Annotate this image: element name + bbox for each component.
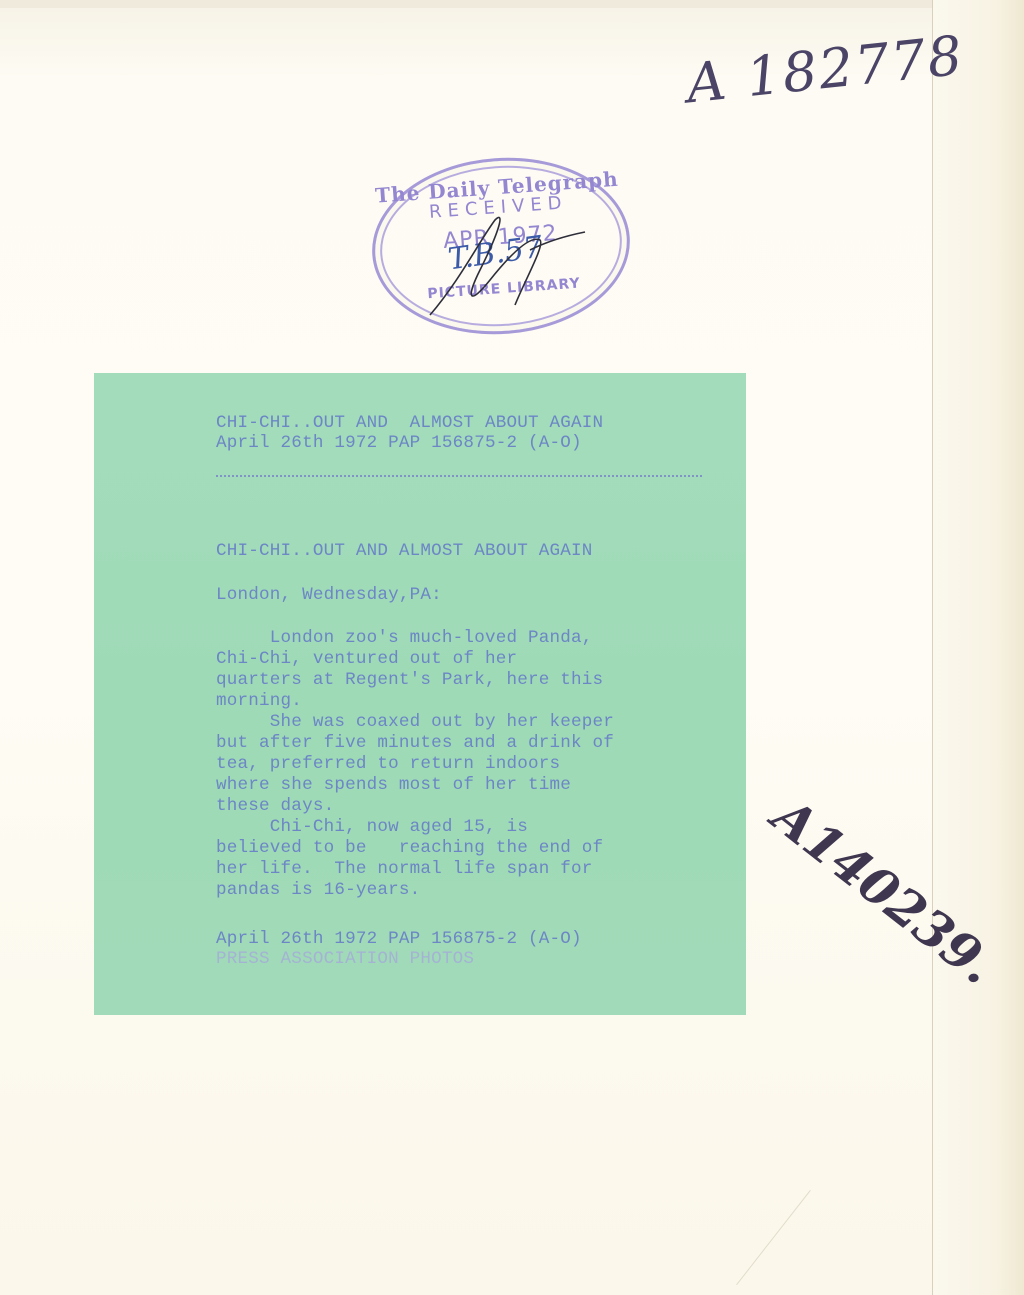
top-edge <box>0 0 1024 8</box>
body-line: quarters at Regent's Park, here this <box>216 670 603 690</box>
separator-rule <box>216 475 702 479</box>
body-line: believed to be reaching the end of <box>216 838 603 858</box>
body-line: She was coaxed out by her keeper <box>216 712 614 732</box>
body-line: morning. <box>216 691 302 711</box>
header-reference: April 26th 1972 PAP 156875-2 (A-O) <box>216 433 582 453</box>
header-title: CHI-CHI..OUT AND ALMOST ABOUT AGAIN <box>216 413 603 433</box>
body-line: her life. The normal life span for <box>216 859 593 879</box>
signature-scribble-icon <box>420 210 590 320</box>
mount-edge <box>933 0 1024 1295</box>
body-line: pandas is 16-years. <box>216 880 420 900</box>
caption-title: CHI-CHI..OUT AND ALMOST ABOUT AGAIN <box>216 541 593 561</box>
body-line: these days. <box>216 796 334 816</box>
footer-agency: PRESS ASSOCIATION PHOTOS <box>216 949 474 969</box>
footer-reference: April 26th 1972 PAP 156875-2 (A-O) <box>216 929 582 949</box>
body-line: but after five minutes and a drink of <box>216 733 614 753</box>
dateline: London, Wednesday,PA: <box>216 585 442 605</box>
fold-line <box>932 0 933 1295</box>
caption-slip: CHI-CHI..OUT AND ALMOST ABOUT AGAIN Apri… <box>94 373 746 1015</box>
body-line: where she spends most of her time <box>216 775 571 795</box>
body-line: London zoo's much-loved Panda, <box>216 628 593 648</box>
body-line: tea, preferred to return indoors <box>216 754 560 774</box>
body-line: Chi-Chi, now aged 15, is <box>216 817 528 837</box>
body-line: Chi-Chi, ventured out of her <box>216 649 517 669</box>
